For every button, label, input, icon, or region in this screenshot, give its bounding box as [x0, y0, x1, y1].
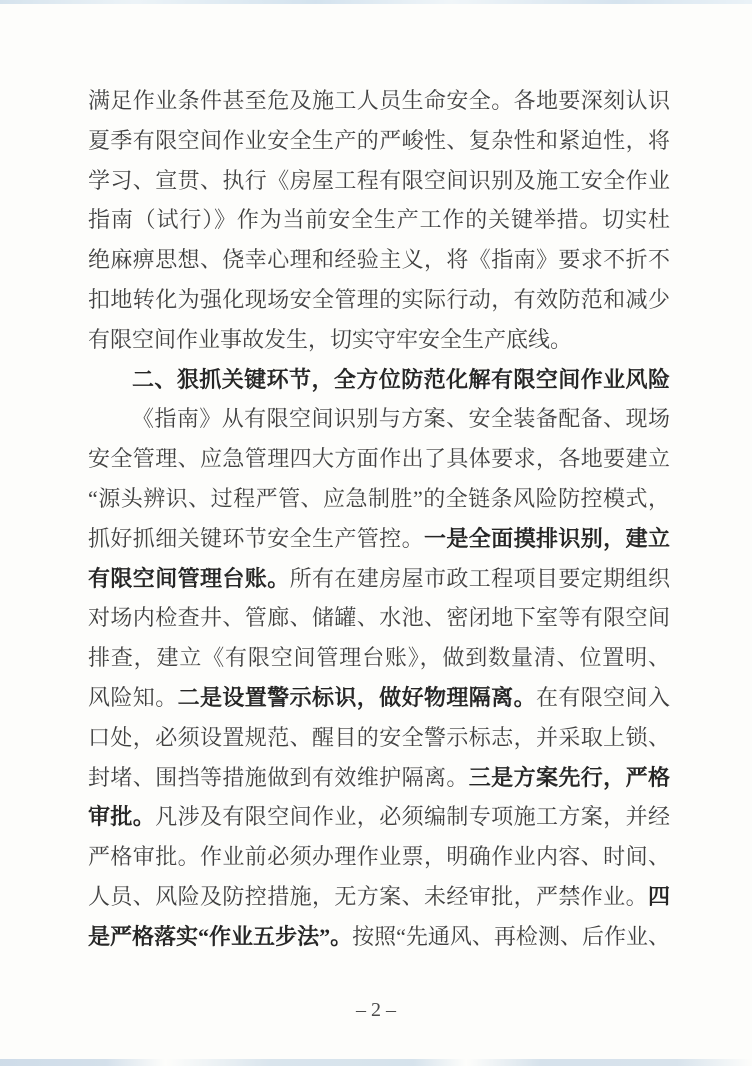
- text-segment: 绝麻痹思想、侥幸心理和经验主义，将《指南》要求不折不: [88, 247, 670, 272]
- text-line: 抓好抓细关键环节安全生产管控。一是全面摸排识别，建立: [88, 519, 670, 559]
- text-segment: 在有限空间入: [536, 685, 670, 710]
- text-segment-bold: 审批。: [88, 804, 155, 829]
- text-line: 《指南》从有限空间识别与方案、安全装备配备、现场: [88, 399, 670, 439]
- text-segment: 按照“先通风、再检测、后作业、: [352, 924, 670, 949]
- text-segment: 有限空间作业事故发生，切实守牢安全生产底线。: [88, 327, 572, 352]
- text-segment: 所有在建房屋市政工程项目要定期组织: [290, 566, 670, 591]
- text-line: 封堵、围挡等措施做到有效维护隔离。三是方案先行，严格: [88, 758, 670, 798]
- text-line: 风险知。二是设置警示标识，做好物理隔离。在有限空间入: [88, 678, 670, 718]
- text-segment: 满足作业条件甚至危及施工人员生命安全。各地要深刻认识: [88, 88, 670, 113]
- text-segment: 人员、风险及防控措施，无方案、未经审批，严禁作业。: [88, 884, 648, 909]
- text-segment-bold: 二、狠抓关键环节，全方位防范化解有限空间作业风险: [132, 367, 670, 392]
- page-number: – 2 –: [0, 999, 752, 1022]
- text-segment: 学习、宣贯、执行《房屋工程有限空间识别及施工安全作业: [88, 168, 670, 193]
- section-heading: 二、狠抓关键环节，全方位防范化解有限空间作业风险: [88, 360, 670, 400]
- text-segment: 安全管理、应急管理四大方面作出了具体要求，各地要建立: [88, 446, 670, 471]
- text-line: 满足作业条件甚至危及施工人员生命安全。各地要深刻认识: [88, 81, 670, 121]
- scan-artifact-top: [0, 0, 752, 4]
- text-line: 扣地转化为强化现场安全管理的实际行动，有效防范和减少: [88, 280, 670, 320]
- text-line: 严格审批。作业前必须办理作业票，明确作业内容、时间、: [88, 837, 670, 877]
- text-segment-bold: 二是设置警示标识，做好物理隔离。: [178, 685, 536, 710]
- text-segment: 口处，必须设置规范、醒目的安全警示标志，并采取上锁、: [88, 725, 670, 750]
- text-segment: 抓好抓细关键环节安全生产管控。: [88, 526, 424, 551]
- text-line: 夏季有限空间作业安全生产的严峻性、复杂性和紧迫性，将: [88, 121, 670, 161]
- text-segment: 扣地转化为强化现场安全管理的实际行动，有效防范和减少: [88, 287, 670, 312]
- text-segment: 排查，建立《有限空间管理台账》，做到数量清、位置明、: [88, 645, 670, 670]
- text-line: 指南（试行）》作为当前安全生产工作的关键举措。切实杜: [88, 200, 670, 240]
- text-segment: 凡涉及有限空间作业，必须编制专项施工方案，并经: [155, 804, 670, 829]
- text-line: 安全管理、应急管理四大方面作出了具体要求，各地要建立: [88, 439, 670, 479]
- text-line: 排查，建立《有限空间管理台账》，做到数量清、位置明、: [88, 638, 670, 678]
- text-line: 绝麻痹思想、侥幸心理和经验主义，将《指南》要求不折不: [88, 240, 670, 280]
- text-line: 学习、宣贯、执行《房屋工程有限空间识别及施工安全作业: [88, 161, 670, 201]
- text-segment-bold: 三是方案先行，严格: [469, 765, 670, 790]
- text-segment: 指南（试行）》作为当前安全生产工作的关键举措。切实杜: [88, 207, 670, 232]
- text-line: 有限空间管理台账。所有在建房屋市政工程项目要定期组织: [88, 559, 670, 599]
- document-body: 满足作业条件甚至危及施工人员生命安全。各地要深刻认识夏季有限空间作业安全生产的严…: [88, 81, 670, 957]
- text-segment: “源头辨识、过程严管、应急制胜”的全链条风险防控模式，: [88, 486, 670, 511]
- text-segment: 对场内检查井、管廊、储罐、水池、密闭地下室等有限空间: [88, 605, 670, 630]
- text-segment: 严格审批。作业前必须办理作业票，明确作业内容、时间、: [88, 844, 670, 869]
- text-line: 人员、风险及防控措施，无方案、未经审批，严禁作业。四: [88, 877, 670, 917]
- scan-artifact-bottom: [0, 1059, 752, 1066]
- text-line: “源头辨识、过程严管、应急制胜”的全链条风险防控模式，: [88, 479, 670, 519]
- text-line: 有限空间作业事故发生，切实守牢安全生产底线。: [88, 320, 670, 360]
- text-segment: 夏季有限空间作业安全生产的严峻性、复杂性和紧迫性，将: [88, 128, 670, 153]
- text-segment-bold: 四: [648, 884, 670, 909]
- text-segment: 《指南》从有限空间识别与方案、安全装备配备、现场: [132, 406, 670, 431]
- text-segment: 风险知。: [88, 685, 178, 710]
- text-line: 口处，必须设置规范、醒目的安全警示标志，并采取上锁、: [88, 718, 670, 758]
- text-segment-bold: 是严格落实“作业五步法”。: [88, 924, 352, 949]
- text-segment-bold: 有限空间管理台账。: [88, 566, 290, 591]
- scanned-document-page: { "page": { "number_label": "– 2 –" }, "…: [0, 0, 752, 1066]
- text-segment-bold: 一是全面摸排识别，建立: [424, 526, 670, 551]
- text-line: 审批。凡涉及有限空间作业，必须编制专项施工方案，并经: [88, 797, 670, 837]
- text-line: 是严格落实“作业五步法”。按照“先通风、再检测、后作业、: [88, 917, 670, 957]
- text-segment: 封堵、围挡等措施做到有效维护隔离。: [88, 765, 469, 790]
- text-line: 对场内检查井、管廊、储罐、水池、密闭地下室等有限空间: [88, 598, 670, 638]
